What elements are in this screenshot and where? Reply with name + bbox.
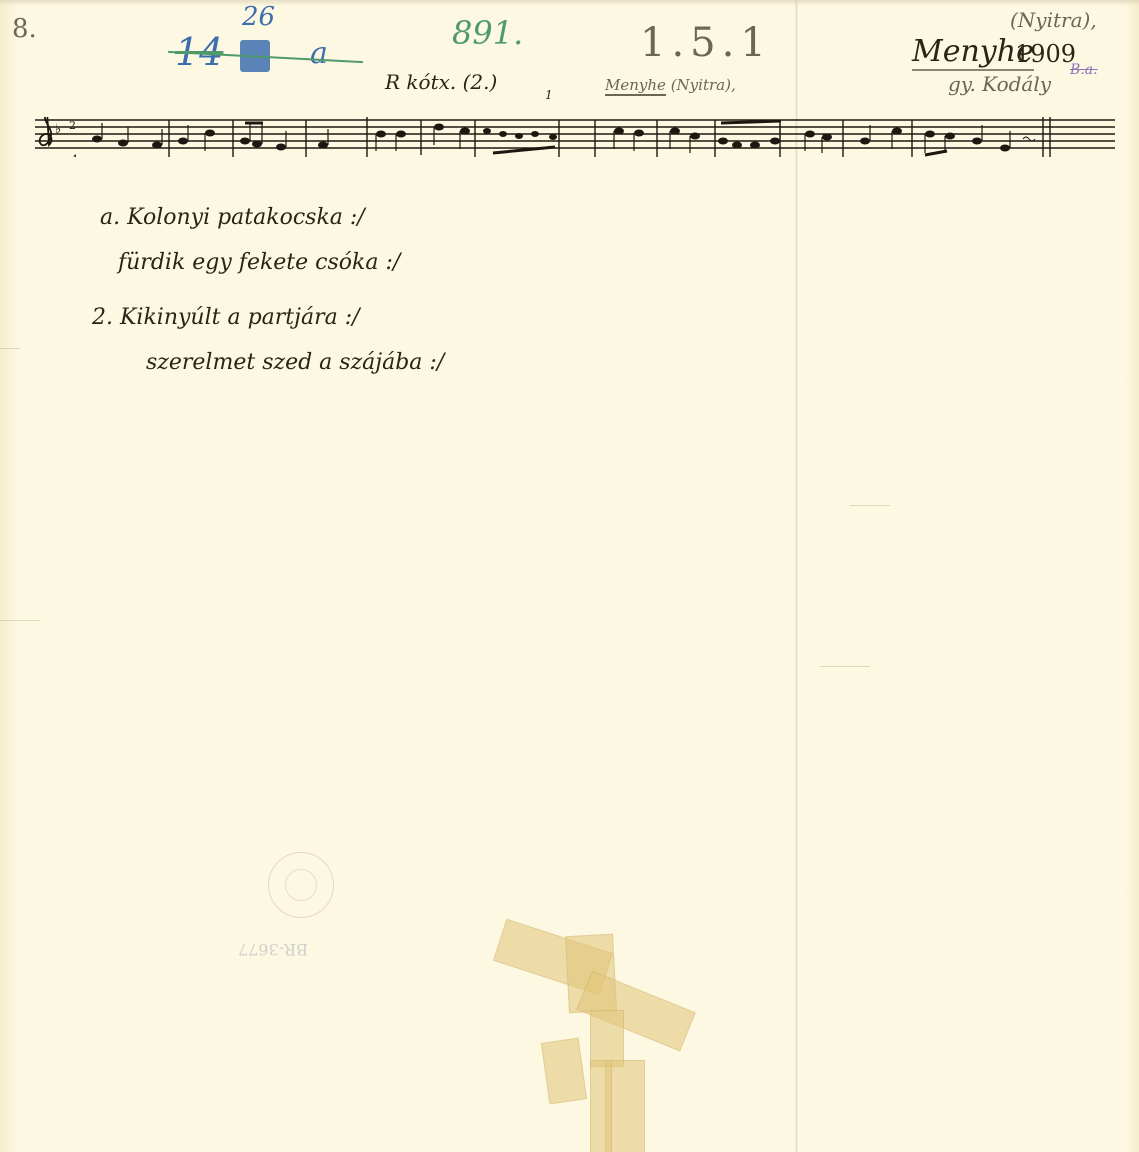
catalog-suffix: a [310, 36, 328, 71]
tape-strip [590, 1060, 612, 1152]
classification-number: 1.5.1 [640, 20, 772, 66]
edge-crease [0, 348, 20, 349]
year: 1909 [1015, 40, 1076, 68]
county-name: (Nyitra), [1010, 8, 1097, 32]
tape-strip [541, 1038, 587, 1105]
overwritten-catalog-number: 26 [242, 2, 275, 32]
location-county: (Nyitra), [671, 76, 736, 94]
green-catalog-number: 891. [452, 14, 523, 52]
beams [245, 121, 947, 155]
archive-stamp [268, 852, 334, 918]
lyric-line-4: szerelmet szed a szájába :/ [146, 350, 444, 375]
collector: gy. Kodály [948, 72, 1051, 96]
archive-number: BR-3677 [238, 940, 308, 959]
crease [850, 505, 890, 506]
flat-sign: ♭ [55, 122, 61, 137]
page-fold [795, 0, 798, 1152]
lyric-line-2: fürdik egy fekete csóka :/ [118, 250, 400, 275]
edge-crease [0, 620, 40, 621]
location-center: Menyhe (Nyitra), [605, 76, 736, 94]
barlines [169, 117, 1050, 157]
source-reference: R kótx. (2.) [385, 70, 497, 94]
music-staff: ♭ 2 4 [35, 117, 1115, 157]
page-number: 8. [12, 14, 37, 44]
manuscript-page: 8. 14 26 a 891. R kótx. (2.) 1 1.5.1 Men… [0, 0, 1139, 1152]
time-signature-top: 2 [69, 119, 76, 132]
tape-strip [590, 1010, 624, 1067]
lyric-line-1: a. Kolonyi patakocska :/ [100, 205, 365, 230]
struck-mark: B.a. [1070, 62, 1098, 78]
time-signature-bottom: 4 [71, 153, 78, 157]
location-place: Menyhe [605, 76, 666, 96]
crease [820, 666, 870, 667]
source-reference-sub: 1 [545, 88, 553, 102]
lyric-line-3: 2. Kikinyúlt a partjára :/ [92, 305, 360, 330]
